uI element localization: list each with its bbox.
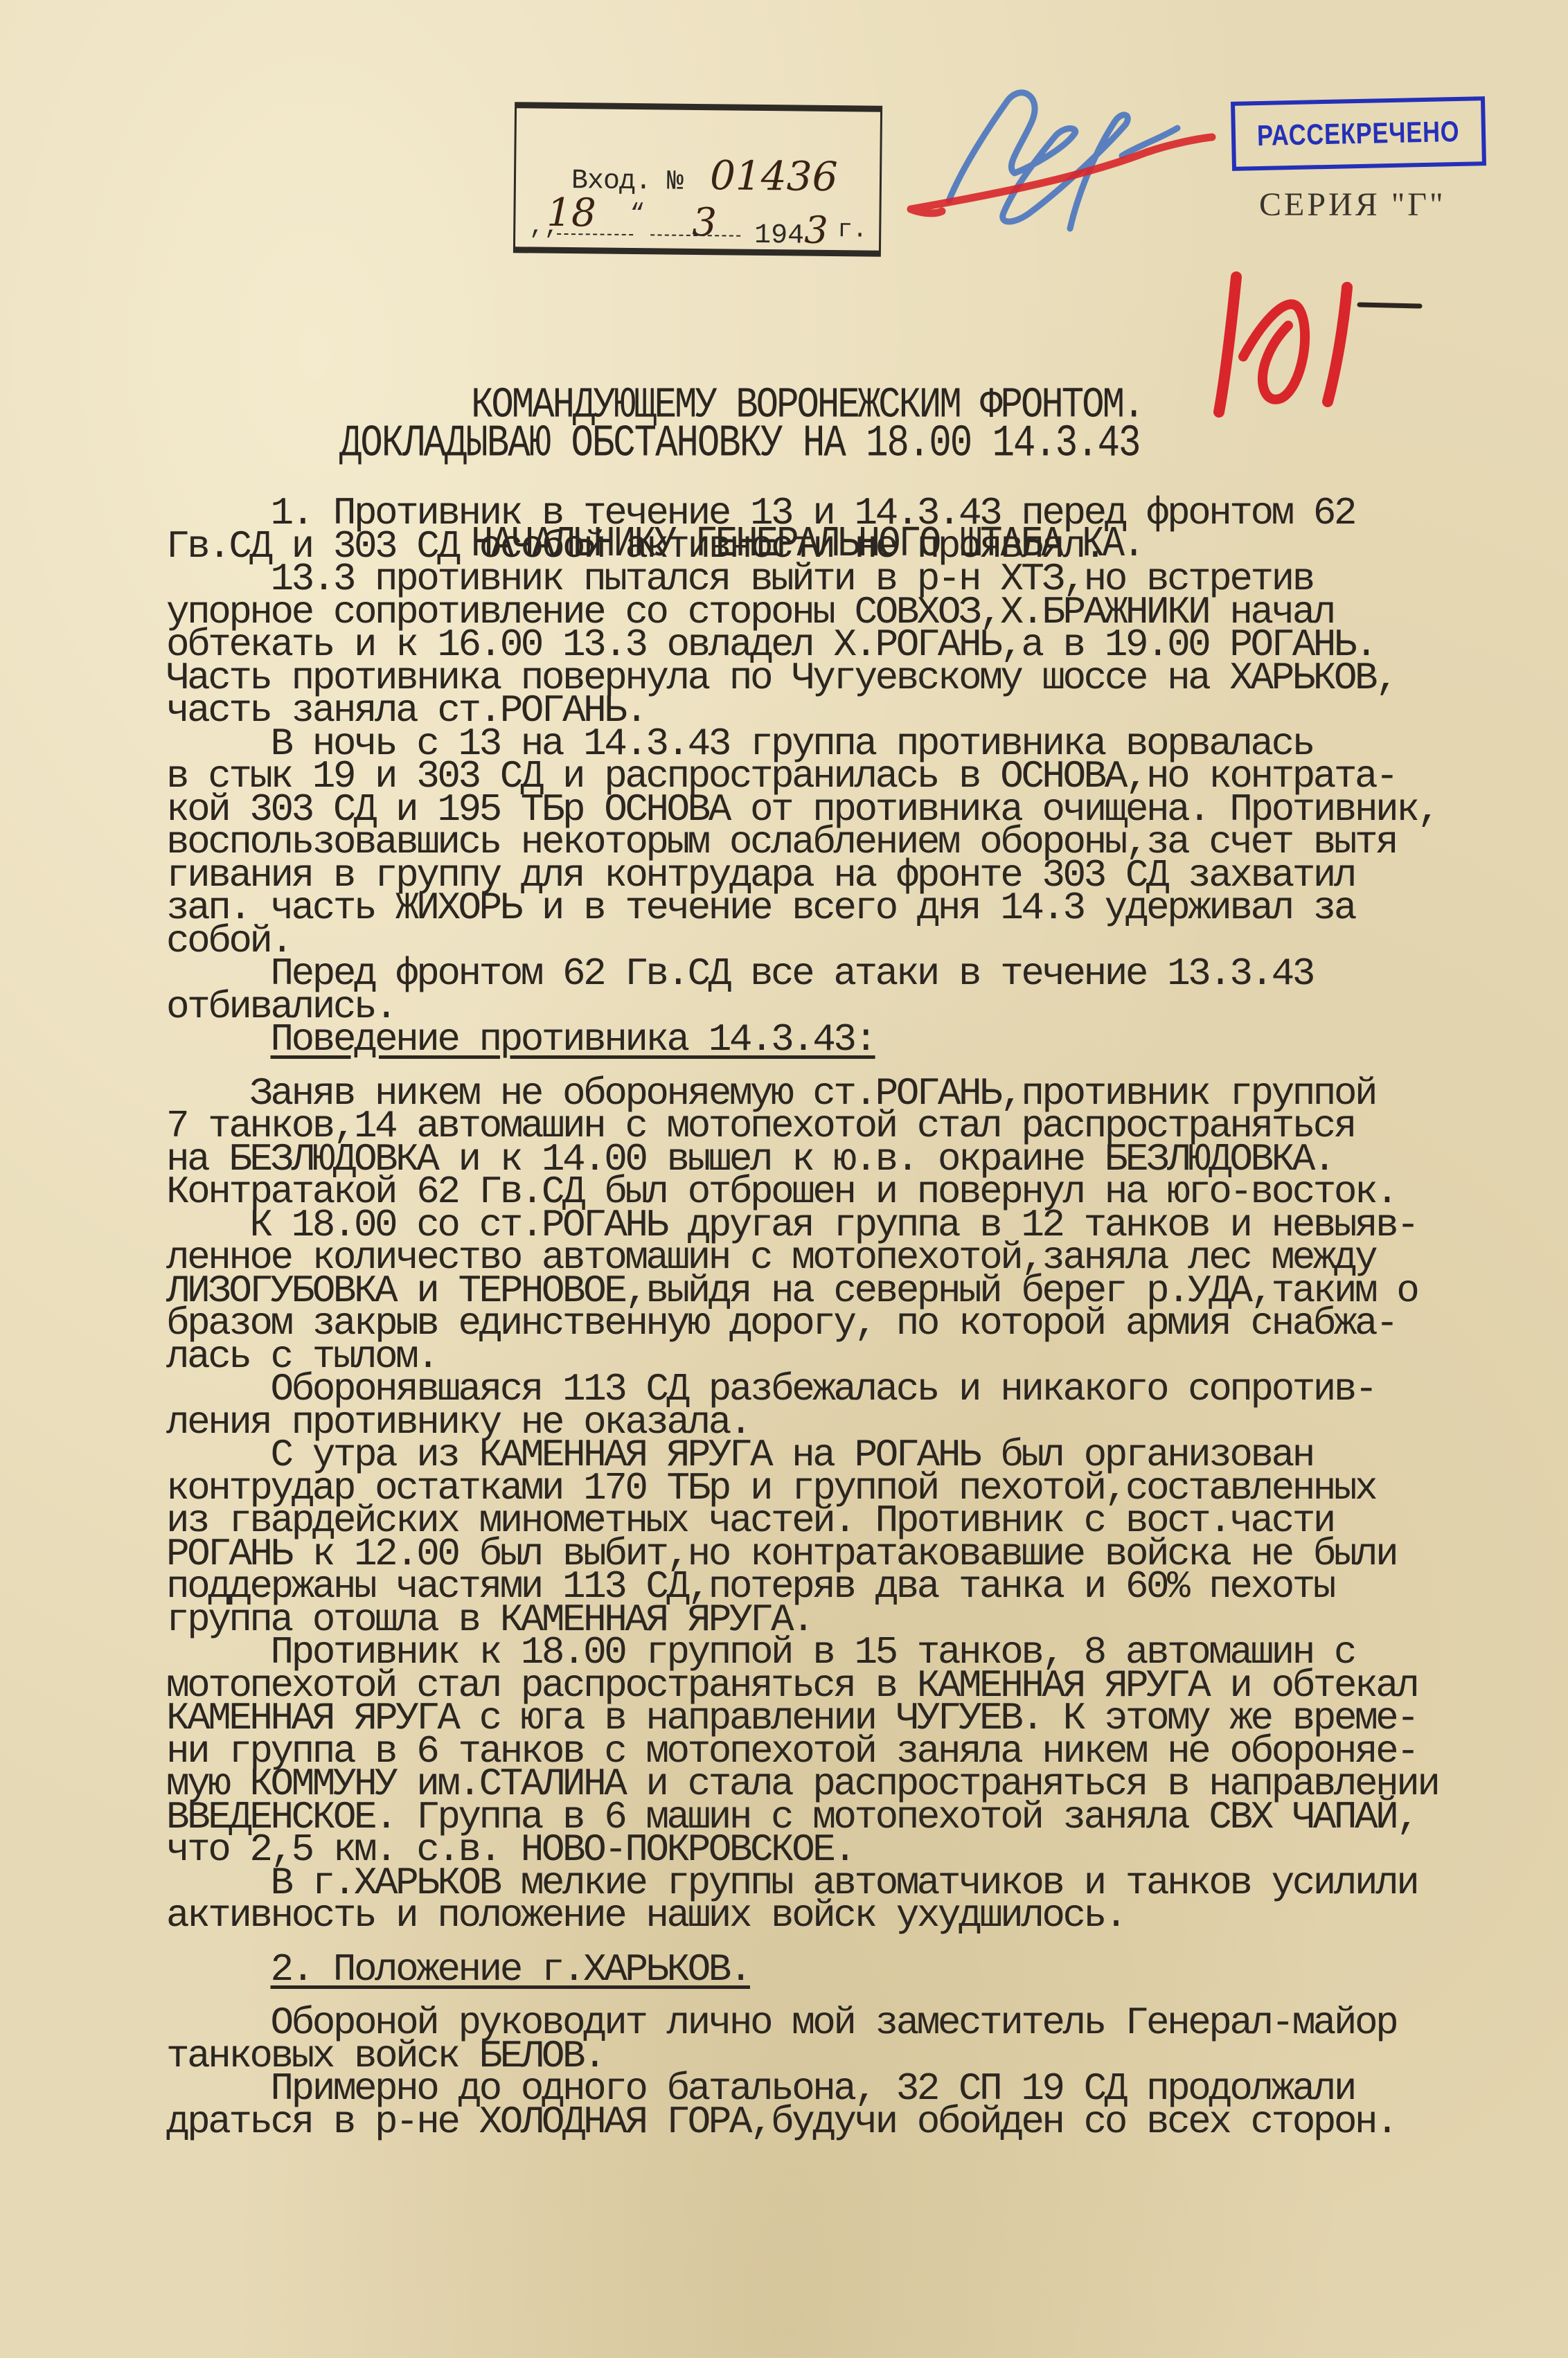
- text-line: драться в р-не ХОЛОДНАЯ ГОРА,будучи обой…: [166, 2106, 1544, 2139]
- stamp-incoming-year: 1943: [754, 208, 828, 252]
- series-label: СЕРИЯ "Г": [1259, 186, 1446, 224]
- stamp-quote-close: “: [630, 199, 645, 228]
- stamp-year-suffix: г.: [837, 215, 868, 244]
- stamp-incoming-number: 01436: [710, 152, 838, 200]
- report-body: 1. Противник в течение 13 и 14.3.43 пере…: [166, 497, 1544, 2138]
- text-line: зап. часть ЖИХОРЬ и в течение всего дня …: [166, 892, 1544, 925]
- section-heading: 2. Положение г.ХАРЬКОВ.: [166, 1954, 1544, 1987]
- section-heading: Поведение противника 14.3.43:: [166, 1024, 1544, 1057]
- stamp-incoming-day: 18: [546, 190, 596, 236]
- document-page: Вход. № 01436 ,, 18 “ 3 1943 г. РАССЕКРЕ…: [0, 0, 1568, 2358]
- stamp-incoming-month: 3: [692, 200, 717, 245]
- report-heading: ДОКЛАДЫВАЮ ОБСТАНОВКУ НА 18.00 14.3.43: [339, 425, 1139, 464]
- handwritten-signature-icon: [893, 69, 1226, 291]
- declassified-stamp: РАССЕКРЕЧЕНО: [1231, 96, 1486, 171]
- handwritten-number-101-icon: [1209, 256, 1472, 436]
- incoming-registration-stamp: Вход. № 01436 ,, 18 “ 3 1943 г.: [513, 102, 882, 257]
